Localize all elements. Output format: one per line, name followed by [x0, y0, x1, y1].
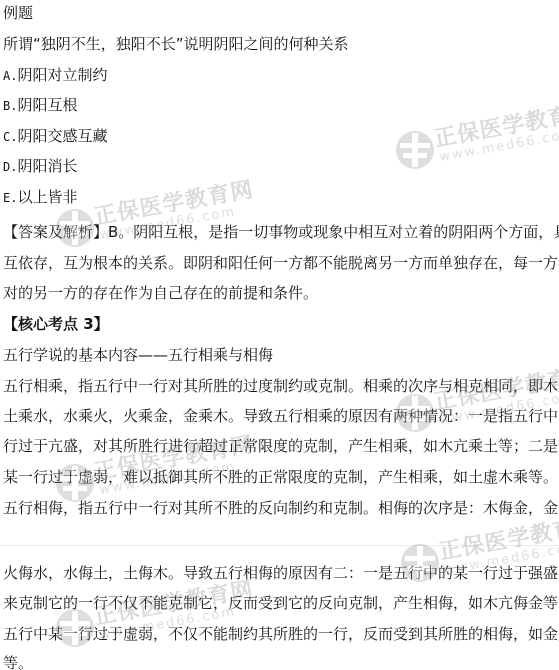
option-b-letter: B. [3, 99, 17, 113]
option-e-letter: E. [3, 191, 17, 205]
watermark-logo-icon [395, 130, 435, 170]
answer-line-3: 对的另一方的存在作为自己存在的前提和条件。 [3, 284, 559, 302]
answer-line-2: 互依存，互为根本的关系。即阴和阳任何一方都不能脱离另一方而单独存在，每一方都以相 [3, 254, 559, 272]
option-a-text: 阴阳对立制约 [17, 66, 107, 84]
option-c-text: 阴阳交感互藏 [17, 127, 107, 145]
answer-line-1: 【答案及解析】B。阴阳互根，是指一切事物或现象中相互对立着的阴阳两个方面，具有相 [3, 223, 559, 241]
answer-text-1: B。阴阳互根，是指一切事物或现象中相互对立着的阴阳两个方面，具有相 [108, 223, 559, 241]
watermark-url: www.med66.com [438, 126, 559, 165]
option-d-text: 阴阳消长 [17, 157, 77, 175]
page-divider [0, 545, 559, 546]
answer-label: 【答案及解析】 [3, 223, 108, 241]
wu-line-2: 火侮水，水侮土，土侮木。导致五行相侮的原因有二：一是五行中的某一行过于强盛，使原 [3, 564, 559, 582]
wu-line-5: 等。 [3, 654, 559, 670]
option-b: B.阴阳互根 [3, 96, 77, 114]
cheng-line-2: 土乘水，水乘火，火乘金，金乘木。导致五行相乘的原因有两种情况：一是指五行中的某一 [3, 407, 559, 425]
document-page: 例题 所谓“独阴不生，独阳不长”说明阴阳之间的何种关系 A.阴阳对立制约 B.阴… [0, 0, 559, 670]
option-a-letter: A. [3, 69, 17, 83]
option-a: A.阴阳对立制约 [3, 66, 107, 84]
cheng-line-3: 行过于亢盛，对其所胜行进行超过正常限度的克制，产生相乘，如木亢乘土等；二是五行中 [3, 437, 559, 455]
option-c: C.阴阳交感互藏 [3, 127, 107, 145]
option-c-letter: C. [3, 130, 17, 144]
option-d: D.阴阳消长 [3, 157, 77, 175]
cheng-line-1: 五行相乘，指五行中一行对其所胜的过度制约或克制。相乘的次序与相克相同，即木乘土， [3, 377, 559, 395]
key-point-heading: 【核心考点 3】 [3, 315, 109, 333]
watermark-brand: 正保医学教育网 [432, 95, 559, 153]
option-b-text: 阴阳互根 [17, 96, 77, 114]
wu-line-4: 五行中某一行过于虚弱，不仅不能制约其所胜的一行，反而受到其所胜的相侮，如金虚木侮 [3, 625, 559, 643]
key-point-subtitle: 五行学说的基本内容——五行相乘与相侮 [3, 346, 273, 364]
question-text: 所谓“独阴不生，独阳不长”说明阴阳之间的何种关系 [3, 35, 349, 53]
option-d-letter: D. [3, 160, 17, 174]
cheng-line-4: 某一行过于虚弱，难以抵御其所不胜的正常限度的克制，产生相乘，如土虚木乘等。 [3, 468, 559, 486]
wu-line-1: 五行相侮，指五行中一行对其所不胜的反向制约和克制。相侮的次序是：木侮金，金侮火， [3, 499, 559, 517]
watermark-1: 正保医学教育网 www.med66.com [395, 122, 559, 192]
option-e: E.以上皆非 [3, 188, 77, 206]
wu-line-3: 来克制它的一行不仅不能克制它，反而受到它的反向克制，产生相侮，如木亢侮金等；二是 [3, 594, 559, 612]
example-heading: 例题 [3, 4, 33, 22]
option-e-text: 以上皆非 [17, 188, 77, 206]
